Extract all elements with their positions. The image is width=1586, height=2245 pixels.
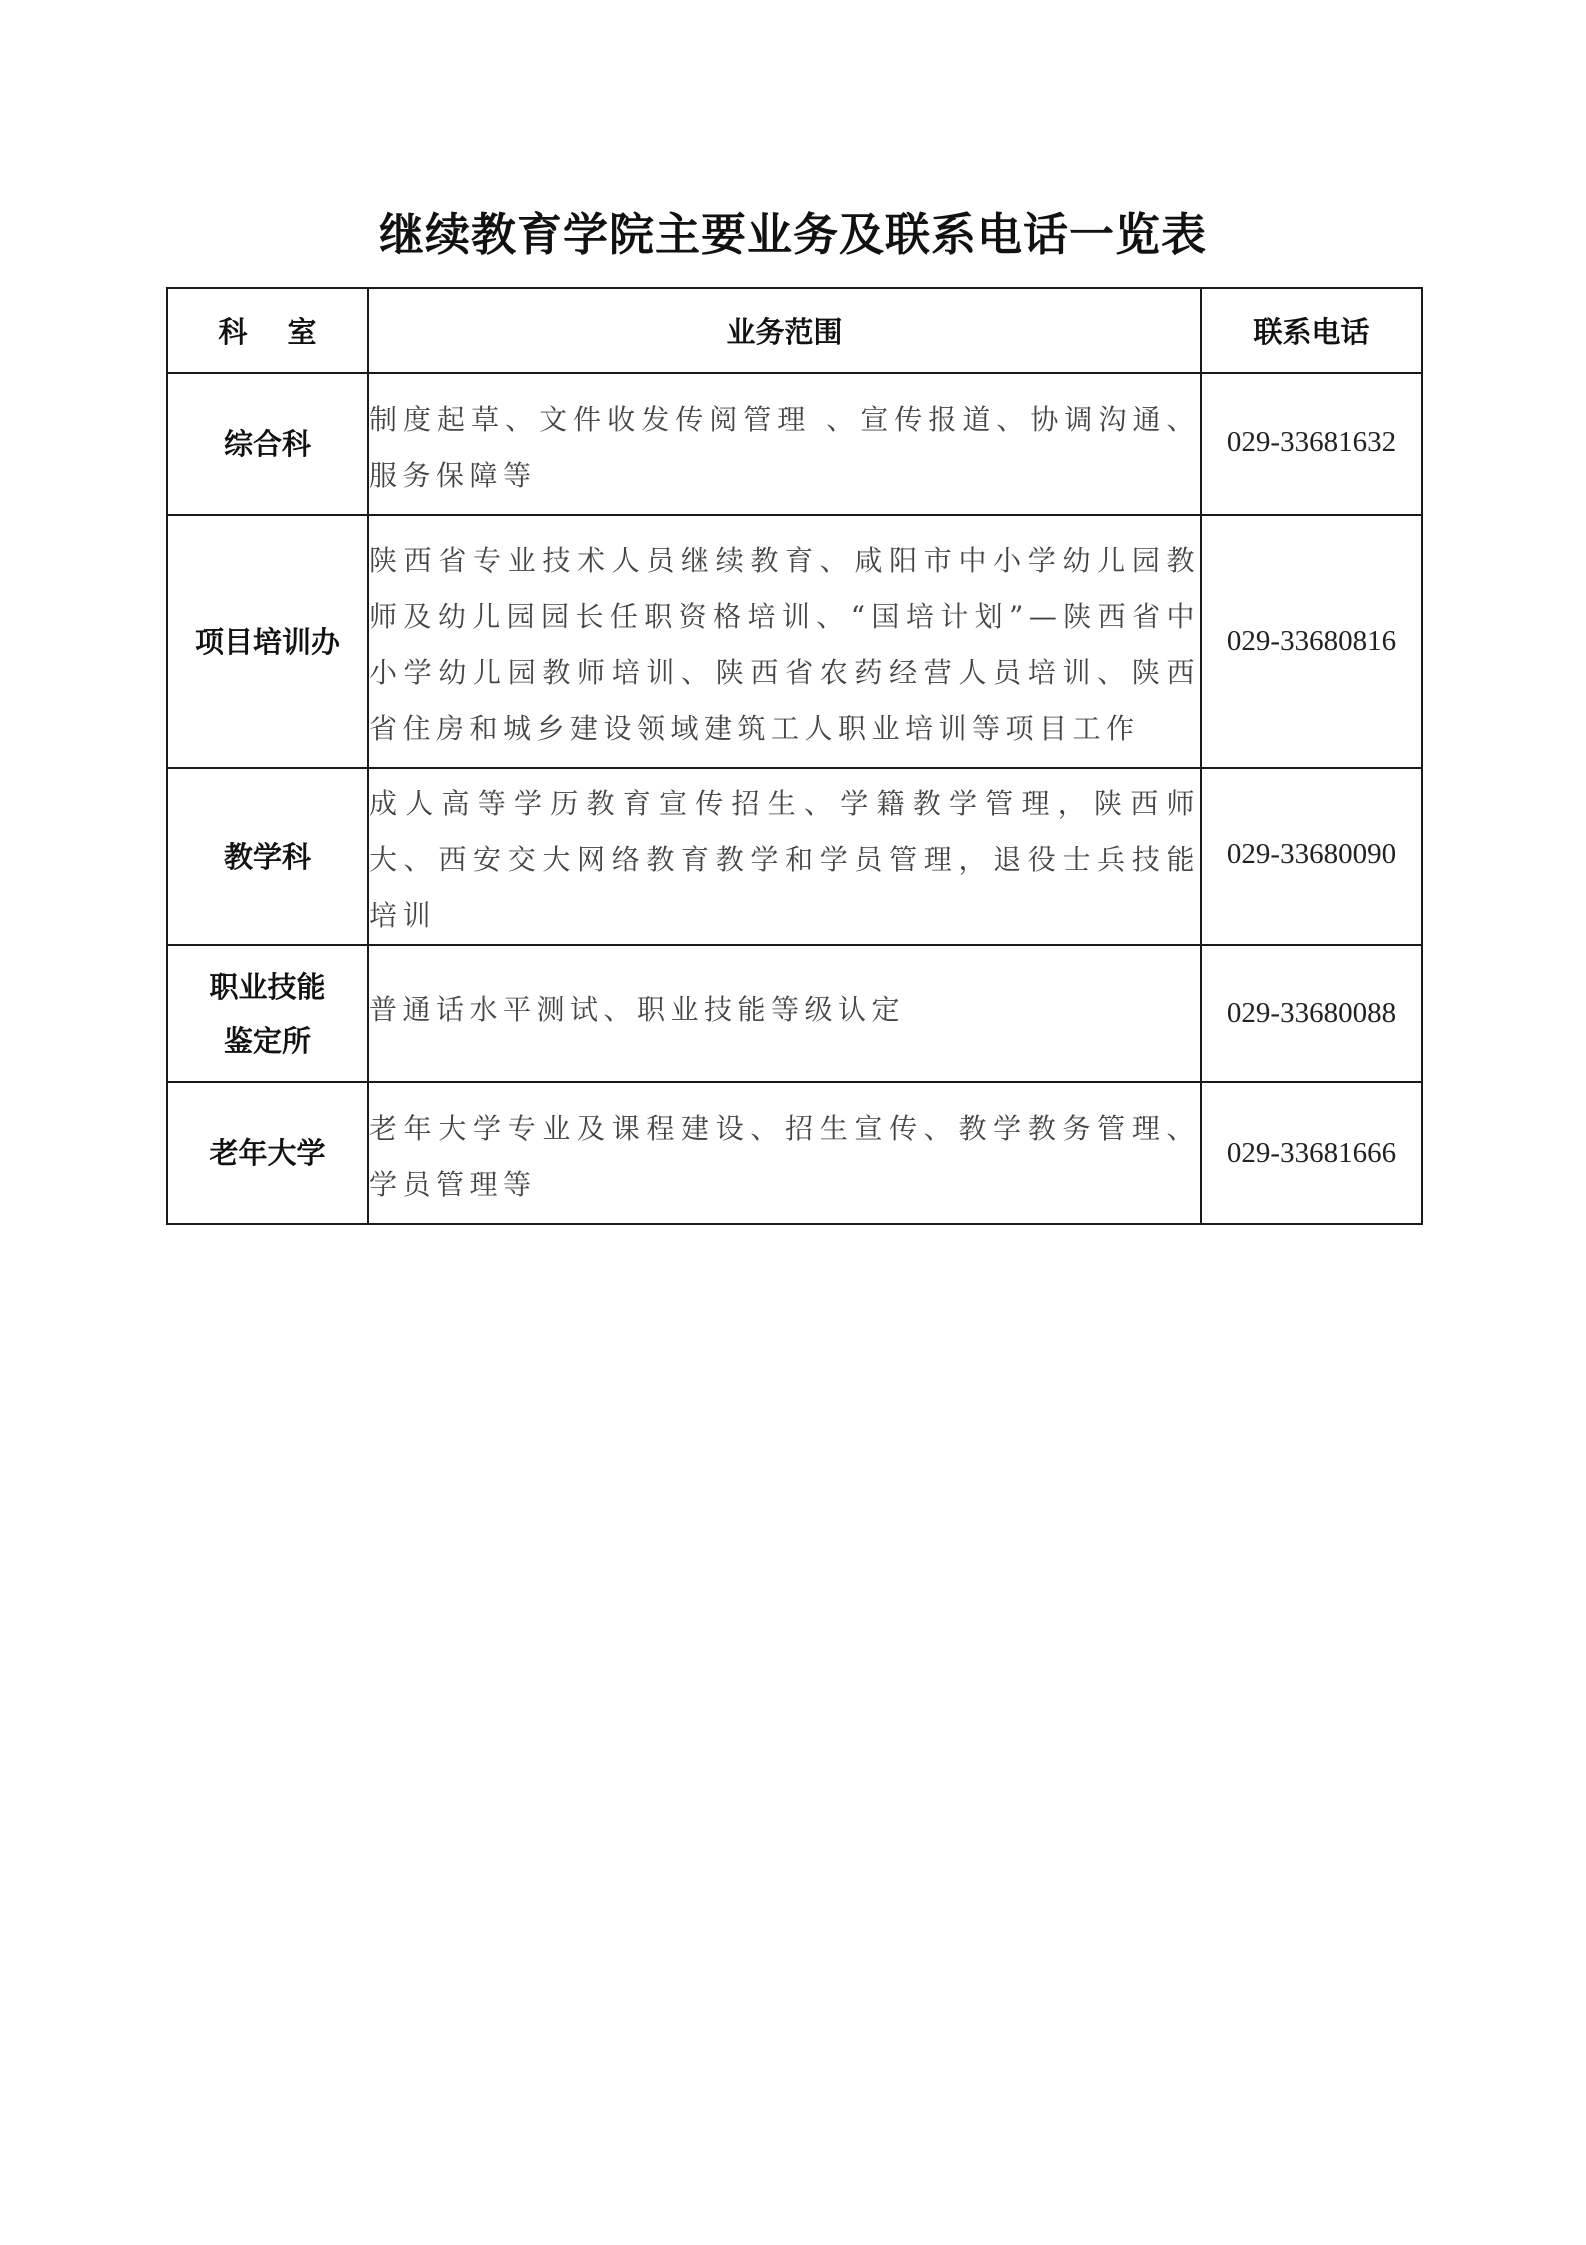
department-name: 老年大学 [188, 1126, 348, 1180]
column-header-department-part1: 科 [218, 315, 247, 349]
phone-cell: 029-33681632 [1201, 373, 1422, 515]
scope-text: 制度起草、文件收发传阅管理 、宣传报道、协调沟通、服务保障等 [369, 385, 1200, 504]
phone-cell: 029-33680816 [1201, 515, 1422, 768]
table-row: 教学科 成人高等学历教育宣传招生、学籍教学管理，陕西师大、西安交大网络教育教学和… [167, 768, 1422, 945]
scope-cell: 制度起草、文件收发传阅管理 、宣传报道、协调沟通、服务保障等 [368, 373, 1201, 515]
phone-number: 029-33680816 [1227, 625, 1396, 657]
column-header-phone: 联系电话 [1201, 288, 1422, 373]
table-row: 职业技能鉴定所 普通话水平测试、职业技能等级认定 029-33680088 [167, 945, 1422, 1082]
phone-cell: 029-33680090 [1201, 768, 1422, 945]
phone-number: 029-33680088 [1227, 997, 1396, 1029]
department-cell: 职业技能鉴定所 [167, 945, 368, 1082]
column-header-department-part2: 室 [288, 315, 317, 349]
department-cell: 老年大学 [167, 1082, 368, 1224]
scope-text: 普通话水平测试、职业技能等级认定 [369, 982, 1200, 1046]
department-cell: 综合科 [167, 373, 368, 515]
scope-text: 陕西省专业技术人员继续教育、咸阳市中小学幼儿园教师及幼儿园园长任职资格培训、“国… [369, 526, 1200, 757]
scope-text: 老年大学专业及课程建设、招生宣传、教学教务管理、学员管理等 [369, 1094, 1200, 1213]
phone-number: 029-33680090 [1227, 838, 1396, 870]
table-row: 老年大学 老年大学专业及课程建设、招生宣传、教学教务管理、学员管理等 029-3… [167, 1082, 1422, 1224]
table-row: 综合科 制度起草、文件收发传阅管理 、宣传报道、协调沟通、服务保障等 029-3… [167, 373, 1422, 515]
scope-cell: 老年大学专业及课程建设、招生宣传、教学教务管理、学员管理等 [368, 1082, 1201, 1224]
column-header-department: 科室 [167, 288, 368, 373]
contact-table: 科室 业务范围 联系电话 综合科 制度起草、文件收发传阅管理 、宣传报道、协调沟… [166, 287, 1423, 1225]
scope-text: 成人高等学历教育宣传招生、学籍教学管理，陕西师大、西安交大网络教育教学和学员管理… [369, 769, 1200, 944]
department-name: 教学科 [188, 830, 348, 884]
phone-number: 029-33681666 [1227, 1137, 1396, 1169]
scope-cell: 成人高等学历教育宣传招生、学籍教学管理，陕西师大、西安交大网络教育教学和学员管理… [368, 768, 1201, 945]
phone-cell: 029-33681666 [1201, 1082, 1422, 1224]
phone-cell: 029-33680088 [1201, 945, 1422, 1082]
table-row: 项目培训办 陕西省专业技术人员继续教育、咸阳市中小学幼儿园教师及幼儿园园长任职资… [167, 515, 1422, 768]
column-header-scope: 业务范围 [368, 288, 1201, 373]
department-cell: 项目培训办 [167, 515, 368, 768]
table-header-row: 科室 业务范围 联系电话 [167, 288, 1422, 373]
department-name: 项目培训办 [188, 615, 348, 669]
scope-cell: 普通话水平测试、职业技能等级认定 [368, 945, 1201, 1082]
page-title: 继续教育学院主要业务及联系电话一览表 [0, 205, 1586, 265]
scope-cell: 陕西省专业技术人员继续教育、咸阳市中小学幼儿园教师及幼儿园园长任职资格培训、“国… [368, 515, 1201, 768]
phone-number: 029-33681632 [1227, 426, 1396, 458]
department-name: 综合科 [188, 417, 348, 471]
department-name: 职业技能鉴定所 [203, 960, 333, 1068]
department-cell: 教学科 [167, 768, 368, 945]
